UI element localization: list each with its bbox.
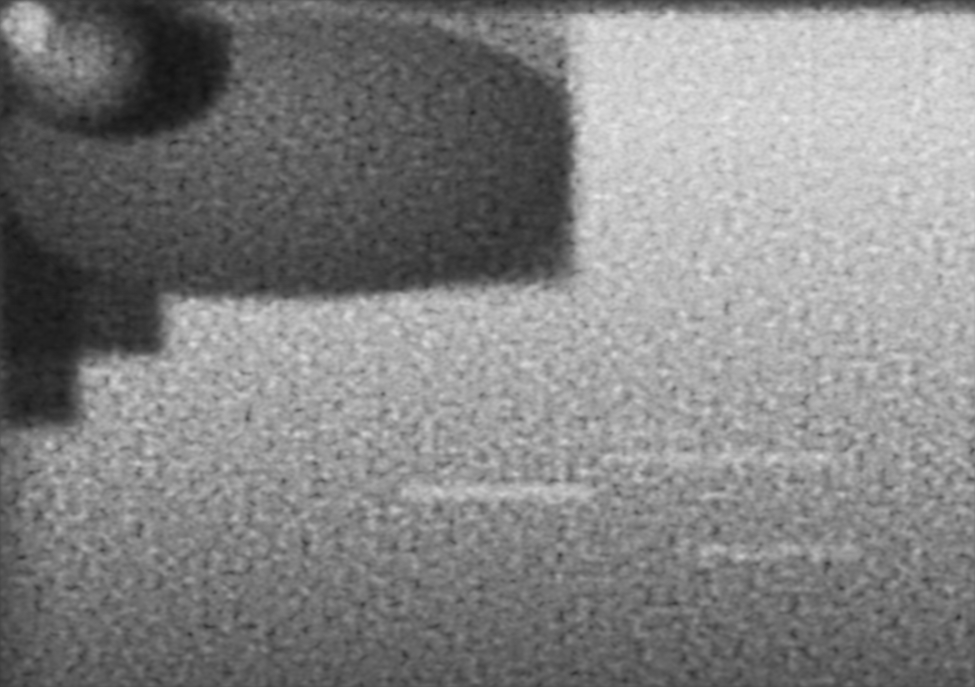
speckle-texture-fine: [0, 0, 975, 687]
ultrasound-image: [0, 0, 975, 687]
